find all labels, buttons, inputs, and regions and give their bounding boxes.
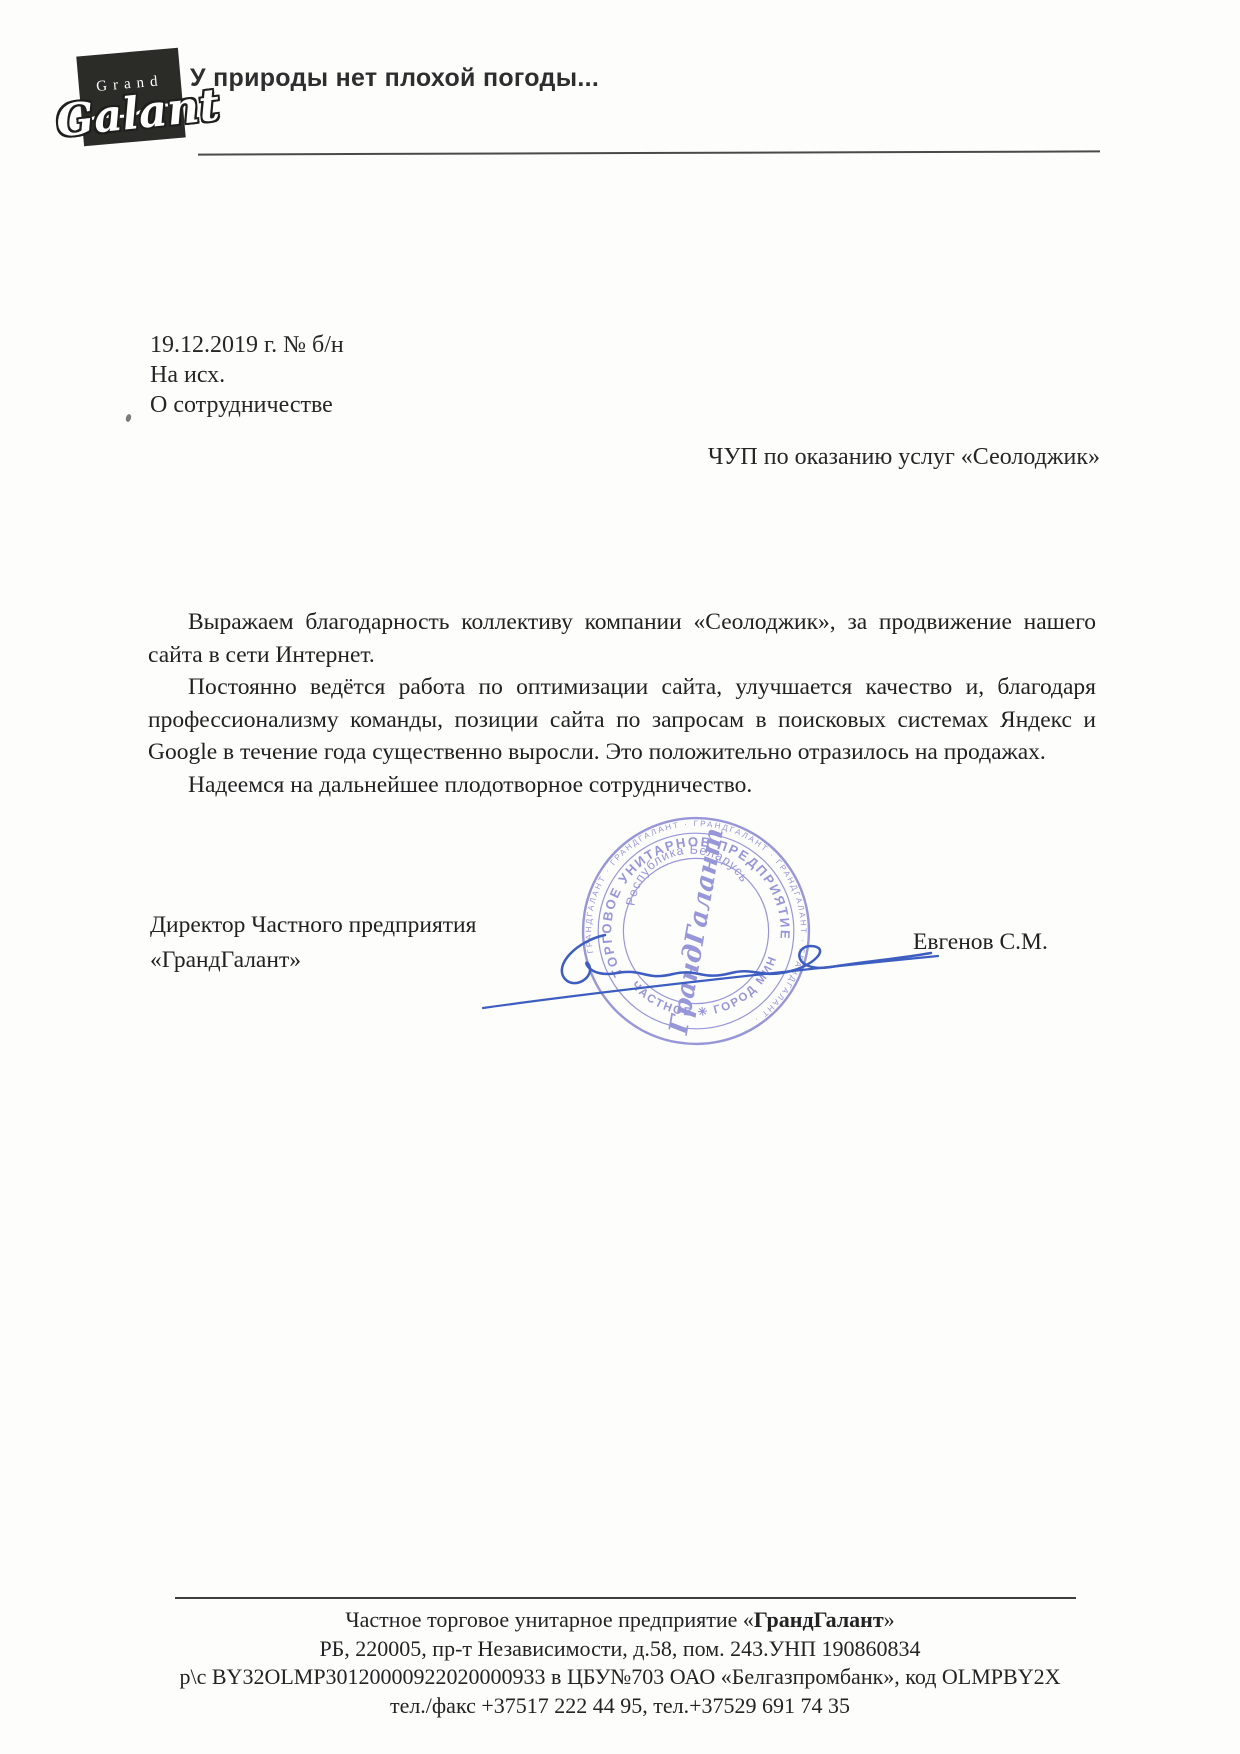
letter-meta-block: 19.12.2019 г. № б/н На исх. О сотрудниче…	[150, 330, 344, 420]
letterhead-tagline: У природы нет плохой погоды...	[190, 64, 599, 93]
recipient-line: ЧУП по оказанию услуг «Сеолоджик»	[0, 444, 1100, 471]
signer-position-line: Директор Частного предприятия	[150, 908, 476, 943]
body-paragraph-1: Выражаем благодарность коллективу компан…	[148, 606, 1096, 671]
body-paragraph-2: Постоянно ведётся работа по оптимизации …	[148, 671, 1096, 769]
company-logo: Grand Galant	[80, 52, 190, 148]
footer-company-prefix: Частное торговое унитарное предприятие «	[345, 1607, 754, 1632]
date-line: 19.12.2019 г. № б/н	[150, 330, 344, 360]
footer-rule	[175, 1597, 1076, 1599]
footer-company-name: ГрандГалант	[754, 1607, 884, 1632]
footer-company-suffix: »	[884, 1607, 895, 1632]
signer-company-line: «ГрандГалант»	[150, 943, 476, 978]
scanned-letter-page: Grand Galant У природы нет плохой погоды…	[0, 0, 1240, 1754]
signature-title-block: Директор Частного предприятия «ГрандГала…	[150, 908, 476, 978]
footer-line-2: РБ, 220005, пр-т Независимости, д.58, по…	[0, 1635, 1240, 1664]
footer-line-3: р\с BY32OLMP30120000922020000933 в ЦБУ№7…	[0, 1663, 1240, 1692]
signature-strike-line	[483, 956, 938, 1008]
footer-block: Частное торговое унитарное предприятие «…	[0, 1606, 1240, 1720]
ref-line: На исх.	[150, 360, 344, 390]
handwritten-signature	[455, 915, 955, 1020]
subject-line: О сотрудничестве	[150, 390, 344, 420]
footer-line-1: Частное торговое унитарное предприятие «…	[0, 1606, 1240, 1635]
scan-artifact-dot	[125, 413, 132, 422]
body-paragraph-3: Надеемся на дальнейшее плодотворное сотр…	[148, 769, 1096, 802]
letter-body: Выражаем благодарность коллективу компан…	[148, 606, 1096, 801]
footer-line-4: тел./факс +37517 222 44 95, тел.+37529 6…	[0, 1692, 1240, 1721]
header-rule	[198, 150, 1100, 155]
